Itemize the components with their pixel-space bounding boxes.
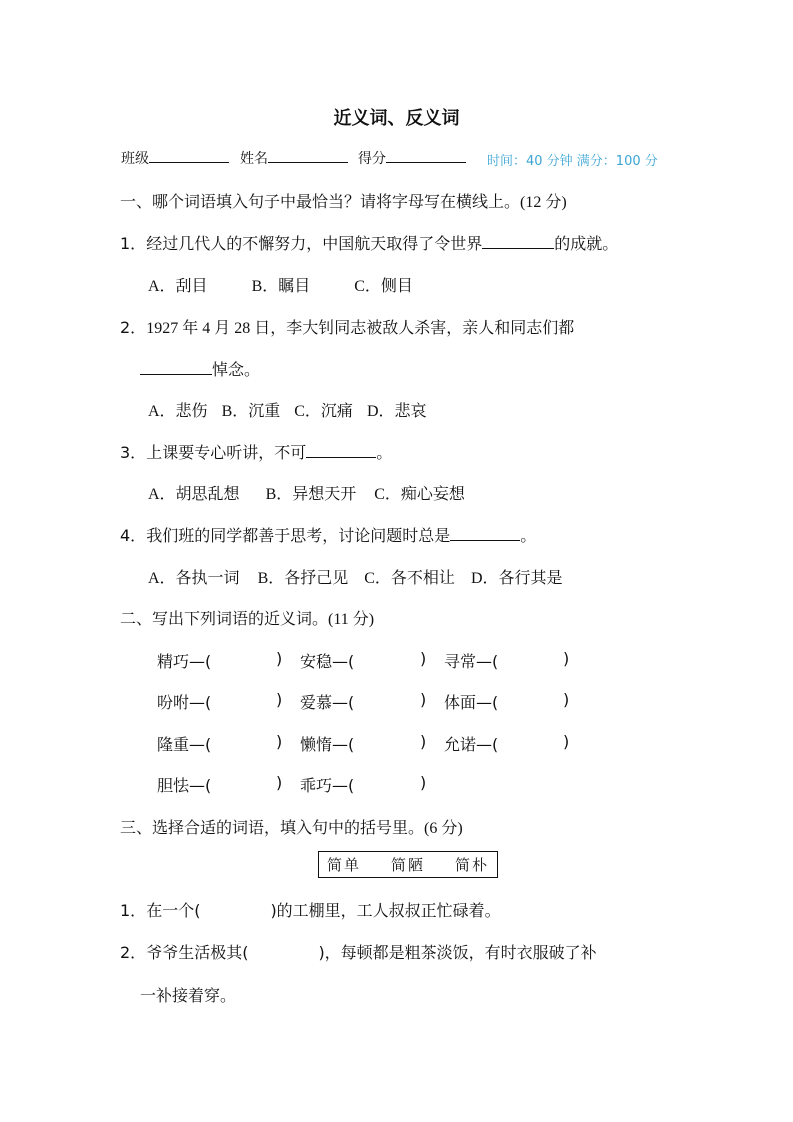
close-paren: ) xyxy=(420,773,426,792)
word: 胆怯 xyxy=(157,776,189,795)
q-num: 2． xyxy=(120,318,146,337)
synonym-item[interactable]: 懒惰—( xyxy=(300,732,354,755)
open-paren: —( xyxy=(332,735,354,754)
score-blank[interactable] xyxy=(386,148,466,163)
score-label: 得分 xyxy=(358,151,386,167)
q-text: 在一个( xyxy=(146,901,200,920)
q-text-after: 悼念。 xyxy=(212,360,260,379)
q-text-after: )的工棚里，工人叔叔正忙碌着。 xyxy=(270,901,500,920)
synonym-item[interactable]: 乖巧—( xyxy=(300,773,354,796)
close-paren: ) xyxy=(420,690,426,709)
close-paren: ) xyxy=(563,649,569,668)
synonym-item[interactable]: 胆怯—( xyxy=(157,773,211,796)
option-c: C．各不相让 xyxy=(364,570,455,587)
option-a: A．刮目 xyxy=(148,278,208,295)
option-c: C．沉痛 xyxy=(294,403,353,420)
answer-blank[interactable] xyxy=(140,358,212,375)
option-c: C．侧目 xyxy=(354,278,413,295)
page-title: 近义词、反义词 xyxy=(0,104,793,130)
word-bank-item: 简陋 xyxy=(391,856,425,874)
close-paren: ) xyxy=(563,732,569,751)
score-field[interactable]: 得分 xyxy=(358,148,466,168)
question-3-2: 2．爷爷生活极其()，每顿都是粗茶淡饭，有时衣服破了补 xyxy=(120,940,597,963)
q-num: 4． xyxy=(120,526,146,545)
open-paren: —( xyxy=(332,693,354,712)
word-bank-item: 简单 xyxy=(327,856,361,874)
option-c: C．痴心妄想 xyxy=(374,486,465,503)
q-text-after: 的成就。 xyxy=(554,234,618,253)
open-paren: —( xyxy=(332,652,354,671)
option-a: A．各执一词 xyxy=(148,570,240,587)
name-blank[interactable] xyxy=(268,148,348,163)
section3-heading: 三、选择合适的词语，填入句中的括号里。(6 分) xyxy=(120,815,463,838)
option-b: B．异想天开 xyxy=(266,486,357,503)
question-1-4: 4．我们班的同学都善于思考，讨论问题时总是。 xyxy=(120,523,536,546)
open-paren: —( xyxy=(332,776,354,795)
word: 允诺 xyxy=(444,735,476,754)
word: 安稳 xyxy=(300,652,332,671)
close-paren: ) xyxy=(276,690,282,709)
answer-blank[interactable] xyxy=(482,232,554,249)
option-a: A．胡思乱想 xyxy=(148,486,240,503)
section1-heading-text: 一、哪个词语填入句子中最恰当？请将字母写在横线上。 xyxy=(120,192,520,211)
word: 爱慕 xyxy=(300,693,332,712)
option-a: A．悲伤 xyxy=(148,403,208,420)
word: 隆重 xyxy=(157,735,189,754)
word: 乖巧 xyxy=(300,776,332,795)
name-label: 姓名 xyxy=(240,151,268,167)
q-text: 我们班的同学都善于思考，讨论问题时总是 xyxy=(146,526,450,545)
synonym-item[interactable]: 允诺—( xyxy=(444,732,498,755)
q-text-after: 。 xyxy=(520,526,536,545)
open-paren: —( xyxy=(189,652,211,671)
answer-blank[interactable] xyxy=(450,524,520,541)
synonym-item[interactable]: 体面—( xyxy=(444,690,498,713)
section2-points: (11 分) xyxy=(328,611,374,628)
open-paren: —( xyxy=(476,652,498,671)
section3-points: (6 分) xyxy=(424,820,463,837)
word-bank: 简单简陋简朴 xyxy=(318,851,498,878)
section2-heading: 二、写出下列词语的近义词。(11 分) xyxy=(120,606,374,629)
section2-heading-text: 二、写出下列词语的近义词。 xyxy=(120,609,328,628)
synonym-item[interactable]: 爱慕—( xyxy=(300,690,354,713)
close-paren: ) xyxy=(276,773,282,792)
exam-meta: 时间：40 分钟 满分：100 分 xyxy=(487,150,658,169)
section1-heading: 一、哪个词语填入句子中最恰当？请将字母写在横线上。(12 分) xyxy=(120,189,567,212)
word: 懒惰 xyxy=(300,735,332,754)
question-1-1: 1．经过几代人的不懈努力，中国航天取得了令世界的成就。 xyxy=(120,231,618,254)
word: 体面 xyxy=(444,693,476,712)
q-text: 经过几代人的不懈努力，中国航天取得了令世界 xyxy=(146,234,482,253)
q-text: 爷爷生活极其( xyxy=(146,943,248,962)
word: 吩咐 xyxy=(157,693,189,712)
synonym-item[interactable]: 精巧—( xyxy=(157,649,211,672)
close-paren: ) xyxy=(420,732,426,751)
close-paren: ) xyxy=(276,732,282,751)
q-num: 2． xyxy=(120,943,146,962)
open-paren: —( xyxy=(476,735,498,754)
option-d: D．悲哀 xyxy=(367,403,427,420)
q-text-after: )，每顿都是粗茶淡饭，有时衣服破了补 xyxy=(318,943,596,962)
class-label: 班级 xyxy=(121,151,149,167)
section3-heading-text: 三、选择合适的词语，填入句中的括号里。 xyxy=(120,818,424,837)
question-1-3: 3．上课要专心听讲，不可。 xyxy=(120,440,392,463)
synonym-item[interactable]: 吩咐—( xyxy=(157,690,211,713)
q-text-after: 。 xyxy=(376,443,392,462)
word: 精巧 xyxy=(157,652,189,671)
answer-blank[interactable] xyxy=(306,441,376,458)
option-d: D．各行其是 xyxy=(471,570,563,587)
options-1-1: A．刮目B．瞩目C．侧目 xyxy=(148,273,413,296)
word-bank-item: 简朴 xyxy=(455,856,489,874)
name-field[interactable]: 姓名 xyxy=(240,148,348,168)
option-b: B．各抒己见 xyxy=(258,570,349,587)
synonym-item[interactable]: 寻常—( xyxy=(444,649,498,672)
option-b: B．沉重 xyxy=(222,403,281,420)
q-text: 上课要专心听讲，不可 xyxy=(146,443,306,462)
q-num: 1． xyxy=(120,234,146,253)
q-num: 3． xyxy=(120,443,146,462)
open-paren: —( xyxy=(189,776,211,795)
q-num: 1． xyxy=(120,901,146,920)
open-paren: —( xyxy=(476,693,498,712)
synonym-item[interactable]: 安稳—( xyxy=(300,649,354,672)
options-1-3: A．胡思乱想B．异想天开C．痴心妄想 xyxy=(148,481,465,504)
close-paren: ) xyxy=(420,649,426,668)
close-paren: ) xyxy=(276,649,282,668)
close-paren: ) xyxy=(563,690,569,709)
class-field[interactable]: 班级 xyxy=(121,148,229,168)
question-3-1: 1．在一个()的工棚里，工人叔叔正忙碌着。 xyxy=(120,898,501,921)
option-b: B．瞩目 xyxy=(252,278,311,295)
open-paren: —( xyxy=(189,693,211,712)
open-paren: —( xyxy=(189,735,211,754)
word: 寻常 xyxy=(444,652,476,671)
question-1-2: 2．1927 年 4 月 28 日，李大钊同志被敌人杀害，亲人和同志们都 xyxy=(120,315,574,338)
question-3-2-line2: 一补接着穿。 xyxy=(140,983,236,1006)
class-blank[interactable] xyxy=(149,148,229,163)
synonym-item[interactable]: 隆重—( xyxy=(157,732,211,755)
options-1-2: A．悲伤B．沉重C．沉痛D．悲哀 xyxy=(148,398,427,421)
section1-points: (12 分) xyxy=(520,194,567,211)
q-text: 1927 年 4 月 28 日，李大钊同志被敌人杀害，亲人和同志们都 xyxy=(146,320,574,337)
question-1-2-line2: 悼念。 xyxy=(140,357,260,380)
options-1-4: A．各执一词B．各抒己见C．各不相让D．各行其是 xyxy=(148,565,563,588)
